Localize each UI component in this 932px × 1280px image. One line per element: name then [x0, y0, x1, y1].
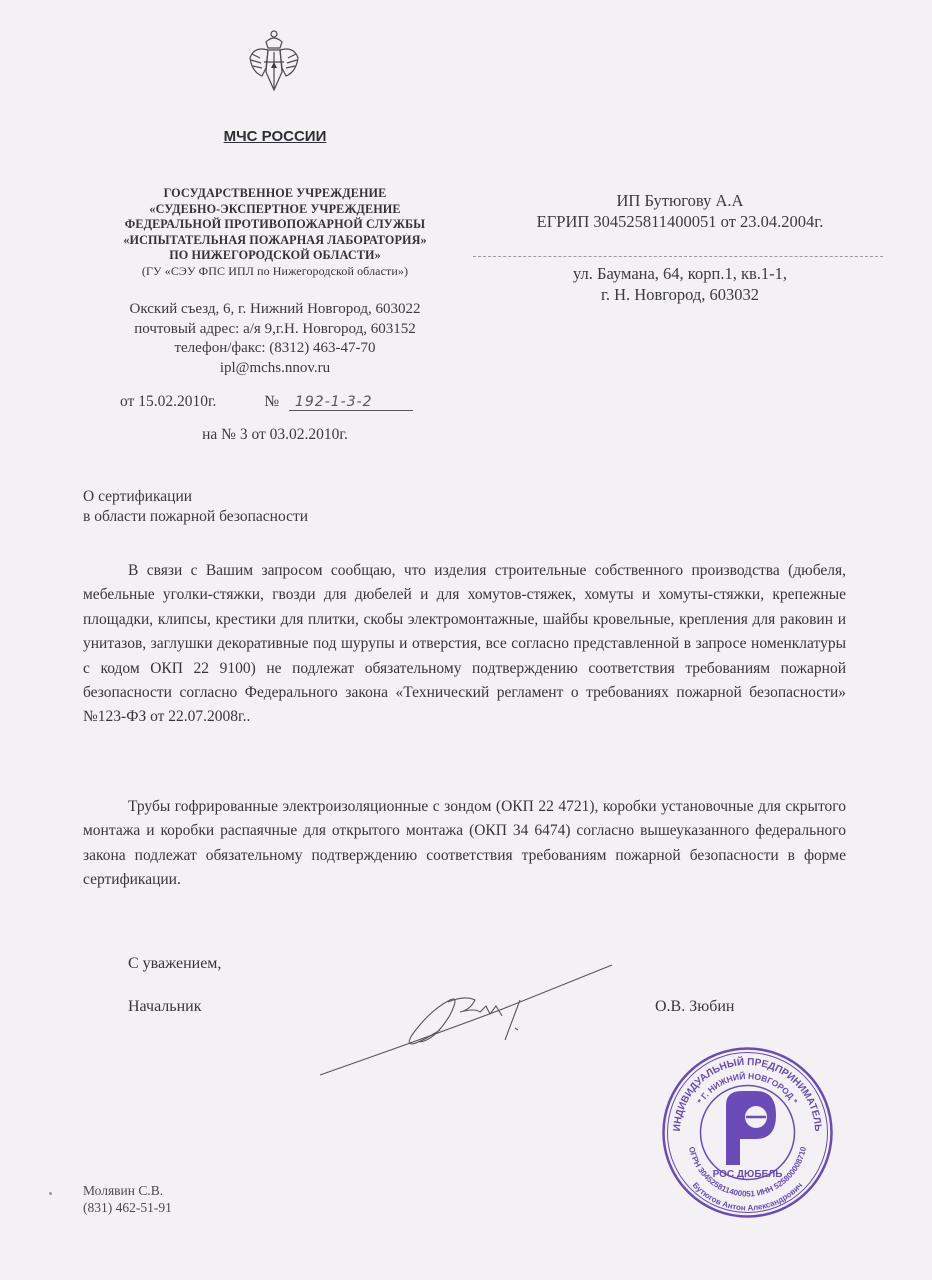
- executor-block: Молявин С.В. (831) 462-51-91: [83, 1182, 172, 1216]
- document-date: от 15.02.2010г.: [120, 393, 216, 410]
- subject-line: О сертификации: [83, 487, 308, 507]
- recipient-block: ИП Бутюгову А.А ЕГРИП 304525811400051 от…: [480, 190, 880, 232]
- recipient-address-line: ул. Баумана, 64, корп.1, кв.1-1,: [480, 263, 880, 284]
- mchs-emblem-icon: [246, 28, 302, 98]
- organization-line: ПО НИЖЕГОРОДСКОЙ ОБЛАСТИ»: [100, 248, 450, 264]
- recipient-address-line: г. Н. Новгород, 603032: [480, 284, 880, 305]
- organization-line: «СУДЕБНО-ЭКСПЕРТНОЕ УЧРЕЖДЕНИЕ: [100, 202, 450, 218]
- reference-number: на № 3 от 03.02.2010г.: [100, 426, 450, 444]
- organization-block: ГОСУДАРСТВЕННОЕ УЧРЕЖДЕНИЕ «СУДЕБНО-ЭКСП…: [100, 186, 450, 279]
- sender-email: ipl@mchs.nnov.ru: [100, 359, 450, 379]
- organization-line: ГОСУДАРСТВЕННОЕ УЧРЕЖДЕНИЕ: [100, 186, 450, 202]
- document-number: 192-1-3-2: [289, 394, 413, 411]
- signature-icon: [300, 960, 620, 1080]
- sender-phone: телефон/факс: (8312) 463-47-70: [100, 339, 450, 359]
- sender-address: Окский съезд, 6, г. Нижний Новгород, 603…: [100, 300, 450, 320]
- letter-subject: О сертификации в области пожарной безопа…: [83, 487, 308, 527]
- recipient-address: ул. Баумана, 64, корп.1, кв.1-1, г. Н. Н…: [480, 263, 880, 305]
- executor-phone: (831) 462-51-91: [83, 1199, 172, 1216]
- ministry-name: МЧС РОССИИ: [150, 128, 400, 145]
- organization-line: «ИСПЫТАТЕЛЬНАЯ ПОЖАРНАЯ ЛАБОРАТОРИЯ»: [100, 233, 450, 249]
- sender-contacts: Окский съезд, 6, г. Нижний Новгород, 603…: [100, 300, 450, 378]
- organization-line: ФЕДЕРАЛЬНОЙ ПРОТИВОПОЖАРНОЙ СЛУЖБЫ: [100, 217, 450, 233]
- body-paragraph-2: Трубы гофрированные электроизоляционные …: [83, 795, 846, 893]
- sender-postal-address: почтовый адрес: а/я 9,г.Н. Новгород, 603…: [100, 320, 450, 340]
- stamp-logo-text: РОС ДЮБЕЛЬ: [713, 1169, 783, 1180]
- closing-regards: С уважением,: [128, 955, 221, 973]
- margin-dot: [49, 1192, 52, 1195]
- number-label: №: [264, 393, 279, 410]
- signer-position: Начальник: [128, 998, 201, 1016]
- executor-name: Молявин С.В.: [83, 1182, 172, 1199]
- document-date-number: от 15.02.2010г. № 192-1-3-2: [120, 393, 413, 411]
- recipient-divider: [473, 256, 883, 257]
- subject-line: в области пожарной безопасности: [83, 507, 308, 527]
- recipient-registration: ЕГРИП 304525811400051 от 23.04.2004г.: [480, 211, 880, 232]
- recipient-name: ИП Бутюгову А.А: [480, 190, 880, 211]
- signer-name: О.В. Зюбин: [655, 998, 734, 1016]
- organization-short-name: (ГУ «СЭУ ФПС ИПЛ по Нижегородской област…: [100, 264, 450, 280]
- company-stamp: ИНДИВИДУАЛЬНЫЙ ПРЕДПРИНИМАТЕЛЬ * Г. НИЖН…: [660, 1045, 835, 1220]
- body-paragraph-1: В связи с Вашим запросом сообщаю, что из…: [83, 559, 846, 730]
